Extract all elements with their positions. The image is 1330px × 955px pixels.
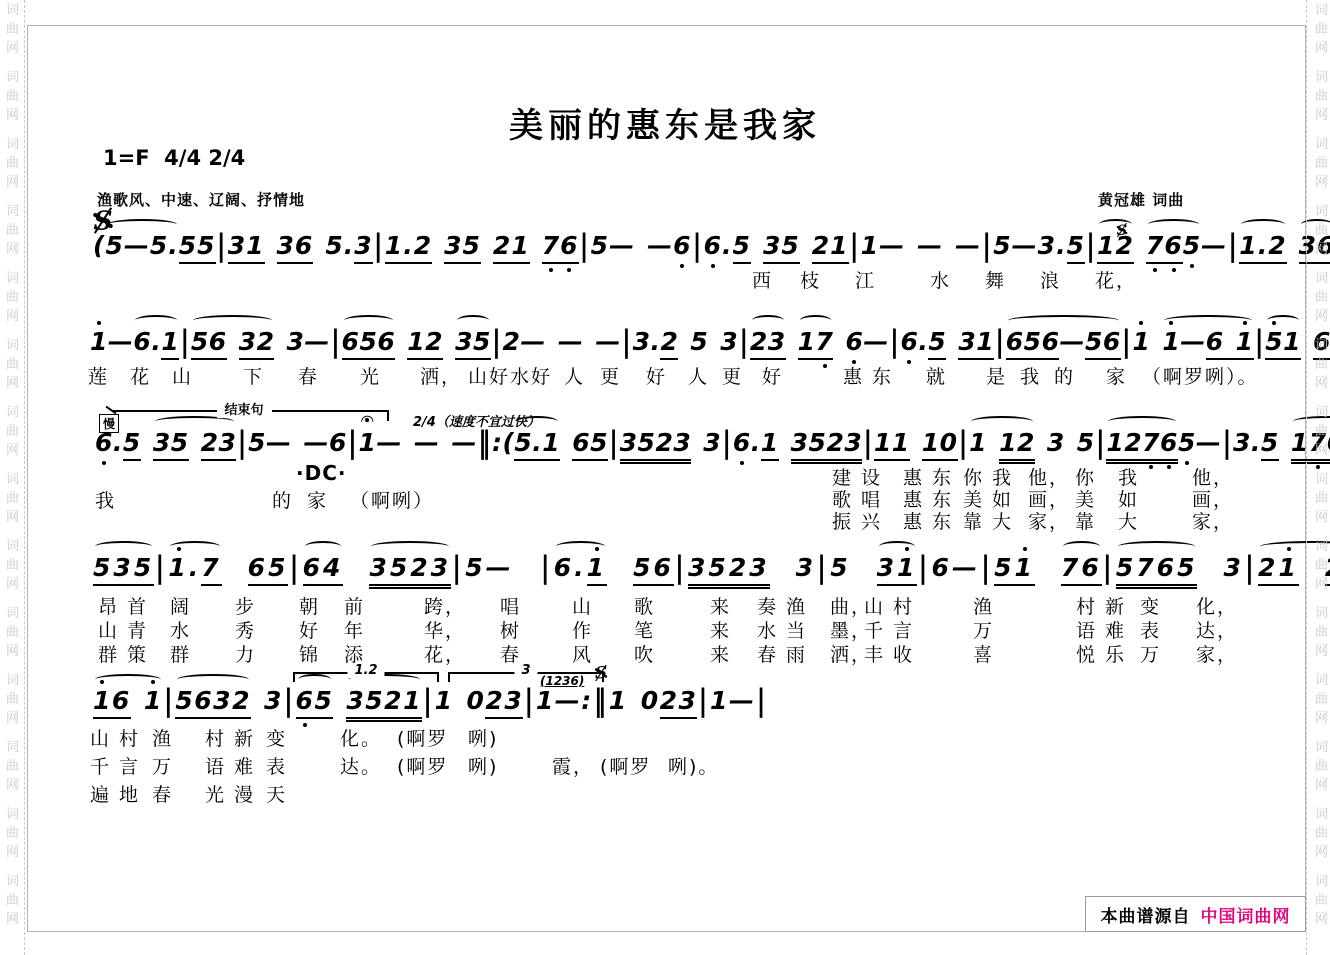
watermark-char: 网	[1315, 712, 1328, 725]
lyric-text: 人	[564, 362, 585, 389]
watermark-char: 曲	[6, 827, 19, 840]
lyric-text: 人	[688, 362, 709, 389]
watermark-char: 网	[1315, 645, 1328, 658]
lyric-text: 春 雨	[757, 640, 807, 667]
lyric-text: 春	[298, 362, 319, 389]
lyric-text: 来	[710, 640, 731, 667]
footer-prefix: 本曲谱源自	[1101, 902, 1191, 927]
lyric-text: 群 策	[98, 640, 148, 667]
segno-icon: S	[92, 206, 114, 235]
lyric-text: 化。	[340, 724, 382, 751]
segno-icon: S	[1116, 222, 1128, 238]
key-time-signature: 1=F 4/4 2/4	[103, 146, 245, 170]
lyric-text: 化，	[1196, 592, 1238, 619]
watermark-char: 词	[1315, 540, 1328, 553]
lyric-text: 渔	[973, 592, 994, 619]
lyric-text: 更	[722, 362, 743, 389]
text-annotation: ·DC·	[296, 461, 346, 485]
lyric-text: 村 新	[205, 724, 255, 751]
lyric-text: 作	[572, 616, 593, 643]
notation-line-5: 161|56323|653521|1023|1—:‖1023|1—|	[93, 685, 768, 719]
lyric-text: 达。	[340, 752, 382, 779]
lyric-text: 水	[170, 616, 191, 643]
watermark-char: 词	[6, 741, 19, 754]
watermark-char: 曲	[1315, 425, 1328, 438]
lyric-text: 达，	[1196, 616, 1238, 643]
lyric-text: (啊罗	[397, 724, 448, 751]
lyric-text: 春	[152, 780, 173, 807]
watermark-char: 网	[6, 109, 19, 122]
watermark-char: 网	[6, 712, 19, 725]
lyric-text: 家，	[1192, 507, 1234, 534]
lyric-text: 家，	[1028, 507, 1070, 534]
watermark-char: 词	[1315, 4, 1328, 17]
watermark-char: 曲	[6, 358, 19, 371]
watermark-char: 网	[6, 846, 19, 859]
watermark-char: 网	[1315, 310, 1328, 323]
watermark-char: 曲	[6, 425, 19, 438]
watermark-char: 曲	[1315, 760, 1328, 773]
watermark-char: 词	[1315, 138, 1328, 151]
watermark-char: 词	[6, 674, 19, 687]
lyric-text: 西	[752, 266, 773, 293]
text-annotation: 2/4（速度不宜过快）	[413, 411, 540, 430]
watermark-char: 曲	[6, 157, 19, 170]
lyric-text: 光	[360, 362, 381, 389]
notation-line-3: 6.53523|5——6|1———‖:(5.165|35233|6.13523|…	[95, 427, 1330, 461]
lyric-text: 好	[762, 362, 783, 389]
lyric-text: 天	[266, 780, 287, 807]
lyric-text: 村 新	[1076, 592, 1126, 619]
lyric-text: 水 当	[757, 616, 807, 643]
lyric-text: 江	[855, 266, 876, 293]
lyric-text: 舞	[985, 266, 1006, 293]
lyric-text: 山 村	[864, 592, 914, 619]
watermark-char: 词	[1315, 339, 1328, 352]
watermark-char: 词	[1315, 607, 1328, 620]
watermark-char: 网	[6, 578, 19, 591]
watermark-char: 词	[6, 808, 19, 821]
watermark-char: 网	[6, 913, 19, 926]
lyric-text: 山好水好	[468, 362, 552, 389]
watermark-char: 曲	[1315, 559, 1328, 572]
lyric-text: (啊罗	[397, 752, 448, 779]
lyric-text: 咧)。	[668, 752, 719, 779]
lyric-text: 家	[307, 486, 328, 513]
watermark-char: 曲	[6, 492, 19, 505]
watermark-char: 曲	[1315, 90, 1328, 103]
lyric-text: 好	[646, 362, 667, 389]
lyric-text: 花	[130, 362, 151, 389]
lyric-text: 咧)	[468, 752, 498, 779]
text-annotation: (1236)	[540, 674, 584, 688]
lyric-text: 更	[600, 362, 621, 389]
lyric-text: 来	[710, 592, 731, 619]
notation-line-2: 1—6.1|56323—|6561235|2———|3.253|23176—|6…	[90, 326, 1330, 360]
lyric-text: 山 村	[90, 724, 140, 751]
watermark-column-right: 词曲网词曲网词曲网词曲网词曲网词曲网词曲网词曲网词曲网词曲网词曲网词曲网词曲网词…	[1306, 0, 1330, 955]
lyric-text: 我	[1020, 362, 1041, 389]
expression-marking: 渔歌风、中速、辽阔、抒情地	[97, 189, 305, 210]
lyric-text: （啊罗咧）。	[1142, 362, 1259, 389]
lyric-text: 花，	[1095, 266, 1137, 293]
lyric-text: 咧)	[468, 724, 498, 751]
watermark-char: 词	[6, 71, 19, 84]
watermark-char: 曲	[6, 291, 19, 304]
watermark-char: 词	[6, 205, 19, 218]
notation-line-1: (5—5.55|31365.3|1.2352176|5——6|6.53521|1…	[93, 230, 1330, 264]
segno-annotation: S	[1116, 222, 1128, 242]
lyric-text: 来	[710, 616, 731, 643]
lyric-text: 振 兴	[832, 507, 882, 534]
lyric-text: 好	[299, 616, 320, 643]
watermark-char: 词	[1315, 741, 1328, 754]
lyric-text: 跨，	[424, 592, 466, 619]
lyric-text: (啊罗	[600, 752, 651, 779]
lyric-text: 歌	[634, 592, 655, 619]
watermark-char: 曲	[6, 559, 19, 572]
watermark-char: 网	[1315, 243, 1328, 256]
lyric-text: 家，	[1196, 640, 1238, 667]
lyric-text: 朝	[299, 592, 320, 619]
lyric-text: 悦 乐	[1076, 640, 1126, 667]
volta-label: 1.2	[347, 663, 384, 678]
lyric-text: 就	[926, 362, 947, 389]
watermark-char: 网	[1315, 42, 1328, 55]
lyric-text: 语 难	[1076, 616, 1126, 643]
lyric-text: 山 青	[98, 616, 148, 643]
watermark-char: 曲	[1315, 157, 1328, 170]
watermark-char: 词	[1315, 674, 1328, 687]
watermark-char: 网	[6, 645, 19, 658]
lyric-text: 浪	[1040, 266, 1061, 293]
segno-annotation: S	[92, 206, 114, 239]
volta-annotation: 1.2	[293, 672, 439, 682]
watermark-char: 网	[6, 42, 19, 55]
watermark-char: 网	[1315, 511, 1328, 524]
watermark-char: 网	[1315, 444, 1328, 457]
lyric-text: 水	[930, 266, 951, 293]
watermark-char: 曲	[1315, 626, 1328, 639]
lyric-text: 遍 地	[90, 780, 140, 807]
watermark-char: 词	[1315, 875, 1328, 888]
lyric-text: 力	[235, 640, 256, 667]
lyric-text: 年	[344, 616, 365, 643]
watermark-char: 网	[1315, 913, 1328, 926]
lyric-text: 枝	[800, 266, 821, 293]
lyric-text: 霞，	[552, 752, 594, 779]
watermark-char: 网	[6, 377, 19, 390]
composer-credit: 黄冠雄 词曲	[1098, 189, 1184, 210]
lyric-text: 光 漫	[205, 780, 255, 807]
watermark-char: 网	[6, 511, 19, 524]
watermark-char: 词	[1315, 272, 1328, 285]
watermark-char: 词	[6, 272, 19, 285]
lyric-text: 唱	[500, 592, 521, 619]
watermark-char: 网	[1315, 176, 1328, 189]
lyric-text: 华，	[424, 616, 466, 643]
lyric-text: 山	[572, 592, 593, 619]
lyric-text: 群	[170, 640, 191, 667]
watermark-char: 词	[1315, 71, 1328, 84]
lyric-text: 吹	[634, 640, 655, 667]
watermark-char: 曲	[6, 693, 19, 706]
lyric-text: 靠	[1075, 507, 1096, 534]
lyric-text: 家	[1106, 362, 1127, 389]
watermark-char: 曲	[1315, 827, 1328, 840]
lyric-text: 山	[172, 362, 193, 389]
lyric-text: 万	[152, 752, 173, 779]
watermark-char: 词	[6, 406, 19, 419]
watermark-char: 曲	[1315, 492, 1328, 505]
lyric-text: 表	[1140, 616, 1161, 643]
watermark-char: 曲	[6, 894, 19, 907]
lyric-text: 莲	[88, 362, 109, 389]
lyric-text: 变	[266, 724, 287, 751]
lyric-text: 阔	[170, 592, 191, 619]
watermark-char: 曲	[1315, 224, 1328, 237]
watermark-char: 曲	[1315, 894, 1328, 907]
watermark-char: 曲	[6, 224, 19, 237]
lyric-text: 语 难	[205, 752, 255, 779]
lyric-text: 千 言	[864, 616, 914, 643]
lyric-text: 洒，	[420, 362, 462, 389]
footer-source-box: 本曲谱源自 中国词曲网	[1085, 896, 1306, 932]
watermark-char: 词	[1315, 406, 1328, 419]
lyric-text: 昂 首	[98, 592, 148, 619]
segno-icon: S	[594, 664, 608, 682]
lyric-text: 喜	[973, 640, 994, 667]
lyric-text: 秀	[235, 616, 256, 643]
segno-annotation: S	[594, 664, 608, 686]
watermark-char: 网	[6, 176, 19, 189]
watermark-char: 曲	[6, 90, 19, 103]
watermark-char: 网	[1315, 779, 1328, 792]
lyric-text: 花，	[424, 640, 466, 667]
watermark-char: 网	[6, 779, 19, 792]
lyric-text: 千 言	[90, 752, 140, 779]
lyric-text: 下	[243, 362, 264, 389]
watermark-char: 网	[6, 444, 19, 457]
lyric-text: 树	[500, 616, 521, 643]
watermark-char: 网	[1315, 109, 1328, 122]
watermark-column-left: 词曲网词曲网词曲网词曲网词曲网词曲网词曲网词曲网词曲网词曲网词曲网词曲网词曲网词…	[0, 0, 25, 955]
bracket-label: 结束句	[217, 399, 272, 418]
lyric-text: 惠 东	[903, 507, 953, 534]
watermark-char: 网	[6, 310, 19, 323]
watermark-char: 词	[6, 540, 19, 553]
watermark-char: 曲	[1315, 693, 1328, 706]
lyric-text: 的	[1054, 362, 1075, 389]
lyric-text: 表	[266, 752, 287, 779]
watermark-char: 曲	[6, 760, 19, 773]
lyric-text: 是	[986, 362, 1007, 389]
watermark-char: 词	[6, 138, 19, 151]
watermark-char: 网	[1315, 846, 1328, 859]
site-name-link[interactable]: 中国词曲网	[1201, 902, 1291, 927]
watermark-char: 词	[6, 607, 19, 620]
lyric-text: 的	[272, 486, 293, 513]
lyric-text: 变	[1140, 592, 1161, 619]
lyric-text: 惠 东	[843, 362, 893, 389]
watermark-char: 词	[6, 875, 19, 888]
watermark-char: 网	[1315, 578, 1328, 591]
lyric-text: 步	[235, 592, 256, 619]
watermark-char: 词	[6, 473, 19, 486]
watermark-char: 词	[1315, 473, 1328, 486]
watermark-char: 曲	[1315, 358, 1328, 371]
volta-label: 3	[514, 663, 537, 678]
watermark-char: 曲	[6, 626, 19, 639]
notation-line-4: 535|1.765|643523|5—|6.156|35233|531|6—|5…	[93, 552, 1330, 586]
watermark-char: 词	[6, 339, 19, 352]
lyric-text: 锦	[299, 640, 320, 667]
lyric-text: （啊咧）	[350, 486, 434, 513]
lyric-text: 万	[973, 616, 994, 643]
lyric-text: 丰 收	[864, 640, 914, 667]
lyric-text: 靠 大	[963, 507, 1013, 534]
watermark-char: 词	[6, 4, 19, 17]
lyric-text: 我	[95, 486, 116, 513]
watermark-char: 网	[1315, 377, 1328, 390]
watermark-char: 网	[6, 243, 19, 256]
lyric-text: 前	[344, 592, 365, 619]
song-title: 美丽的惠东是我家	[0, 98, 1330, 147]
lyric-text: 大	[1118, 507, 1139, 534]
watermark-char: 曲	[6, 23, 19, 36]
lyric-text: 渔	[152, 724, 173, 751]
lyric-text: 奏 渔	[757, 592, 807, 619]
lyric-text: 笔	[634, 616, 655, 643]
watermark-char: 词	[1315, 205, 1328, 218]
lyric-text: 万	[1140, 640, 1161, 667]
watermark-char: 曲	[1315, 291, 1328, 304]
watermark-char: 词	[1315, 808, 1328, 821]
watermark-char: 曲	[1315, 23, 1328, 36]
bracket-annotation: 结束句	[112, 410, 389, 421]
lyric-text: 风	[572, 640, 593, 667]
